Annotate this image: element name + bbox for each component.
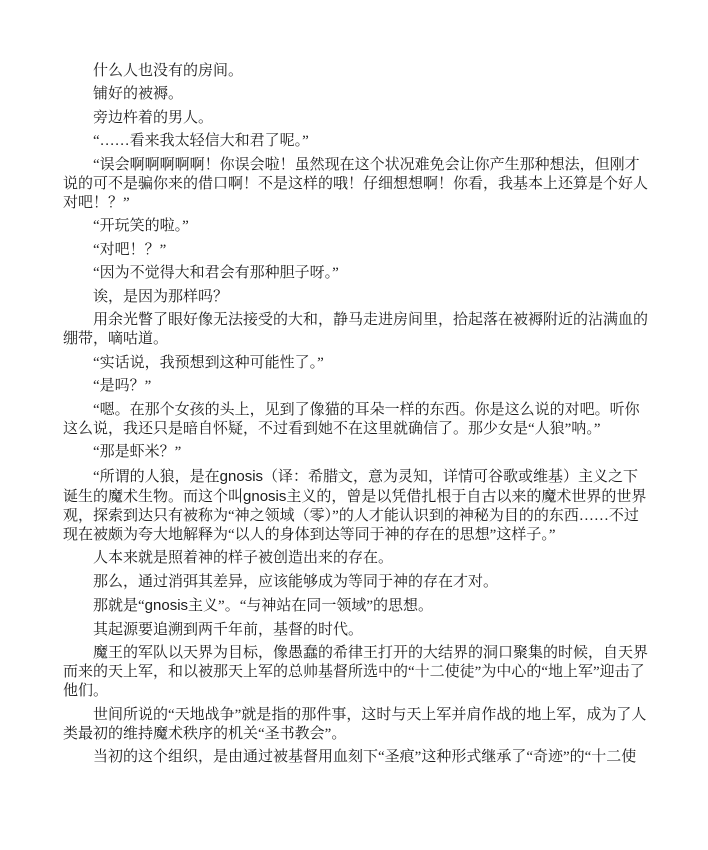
paragraph: 魔王的军队以天界为目标，像愚蠢的希律王打开的大结界的洞口聚集的时候，自天界而来的… [63, 644, 651, 701]
paragraph: 铺好的被褥。 [63, 85, 651, 104]
document-page: 什么人也没有的房间。铺好的被褥。旁边杵着的男人。“……看来我太轻信大和君了呢。”… [0, 0, 708, 850]
paragraph: 那就是“gnosis主义”。“与神站在同一领域”的思想。 [63, 596, 651, 616]
paragraph: 什么人也没有的房间。 [63, 62, 651, 81]
paragraph: 旁边杵着的男人。 [63, 109, 651, 128]
paragraph: 当初的这个组织，是由通过被基督用血刻下“圣痕”这种形式继承了“奇迹”的“十二使 [63, 748, 651, 767]
paragraph: “是吗？” [63, 377, 651, 396]
paragraph: 世间所说的“天地战争”就是指的那件事，这时与天上军并肩作战的地上军，成为了人类最… [63, 706, 651, 744]
paragraph: “所谓的人狼，是在gnosis（译：希腊文，意为灵知，详情可谷歌或维基）主义之下… [63, 467, 651, 545]
paragraph: “因为不觉得大和君会有那种胆子呀。” [63, 264, 651, 283]
paragraph: 用余光瞥了眼好像无法接受的大和，静马走进房间里，拾起落在被褥附近的沾满血的绷带，… [63, 311, 651, 349]
paragraph: “实话说，我预想到这种可能性了。” [63, 354, 651, 373]
paragraph: “误会啊啊啊啊啊！你误会啦！虽然现在这个状况难免会让你产生那种想法，但刚才说的可… [63, 156, 651, 213]
paragraph: “……看来我太轻信大和君了呢。” [63, 132, 651, 151]
paragraph: “对吧！？” [63, 241, 651, 260]
paragraph: “那是虾米？” [63, 443, 651, 462]
paragraph: 人本来就是照着神的样子被创造出来的存在。 [63, 549, 651, 568]
paragraph: 那么，通过消弭其差异，应该能够成为等同于神的存在才对。 [63, 573, 651, 592]
paragraph: 其起源要追溯到两千年前，基督的时代。 [63, 621, 651, 640]
paragraph: “开玩笑的啦。” [63, 217, 651, 236]
text-content: 什么人也没有的房间。铺好的被褥。旁边杵着的男人。“……看来我太轻信大和君了呢。”… [63, 62, 651, 768]
paragraph: “嗯。在那个女孩的头上，见到了像猫的耳朵一样的东西。你是这么说的对吧。听你这么说… [63, 401, 651, 439]
paragraph: 诶，是因为那样吗？ [63, 288, 651, 307]
